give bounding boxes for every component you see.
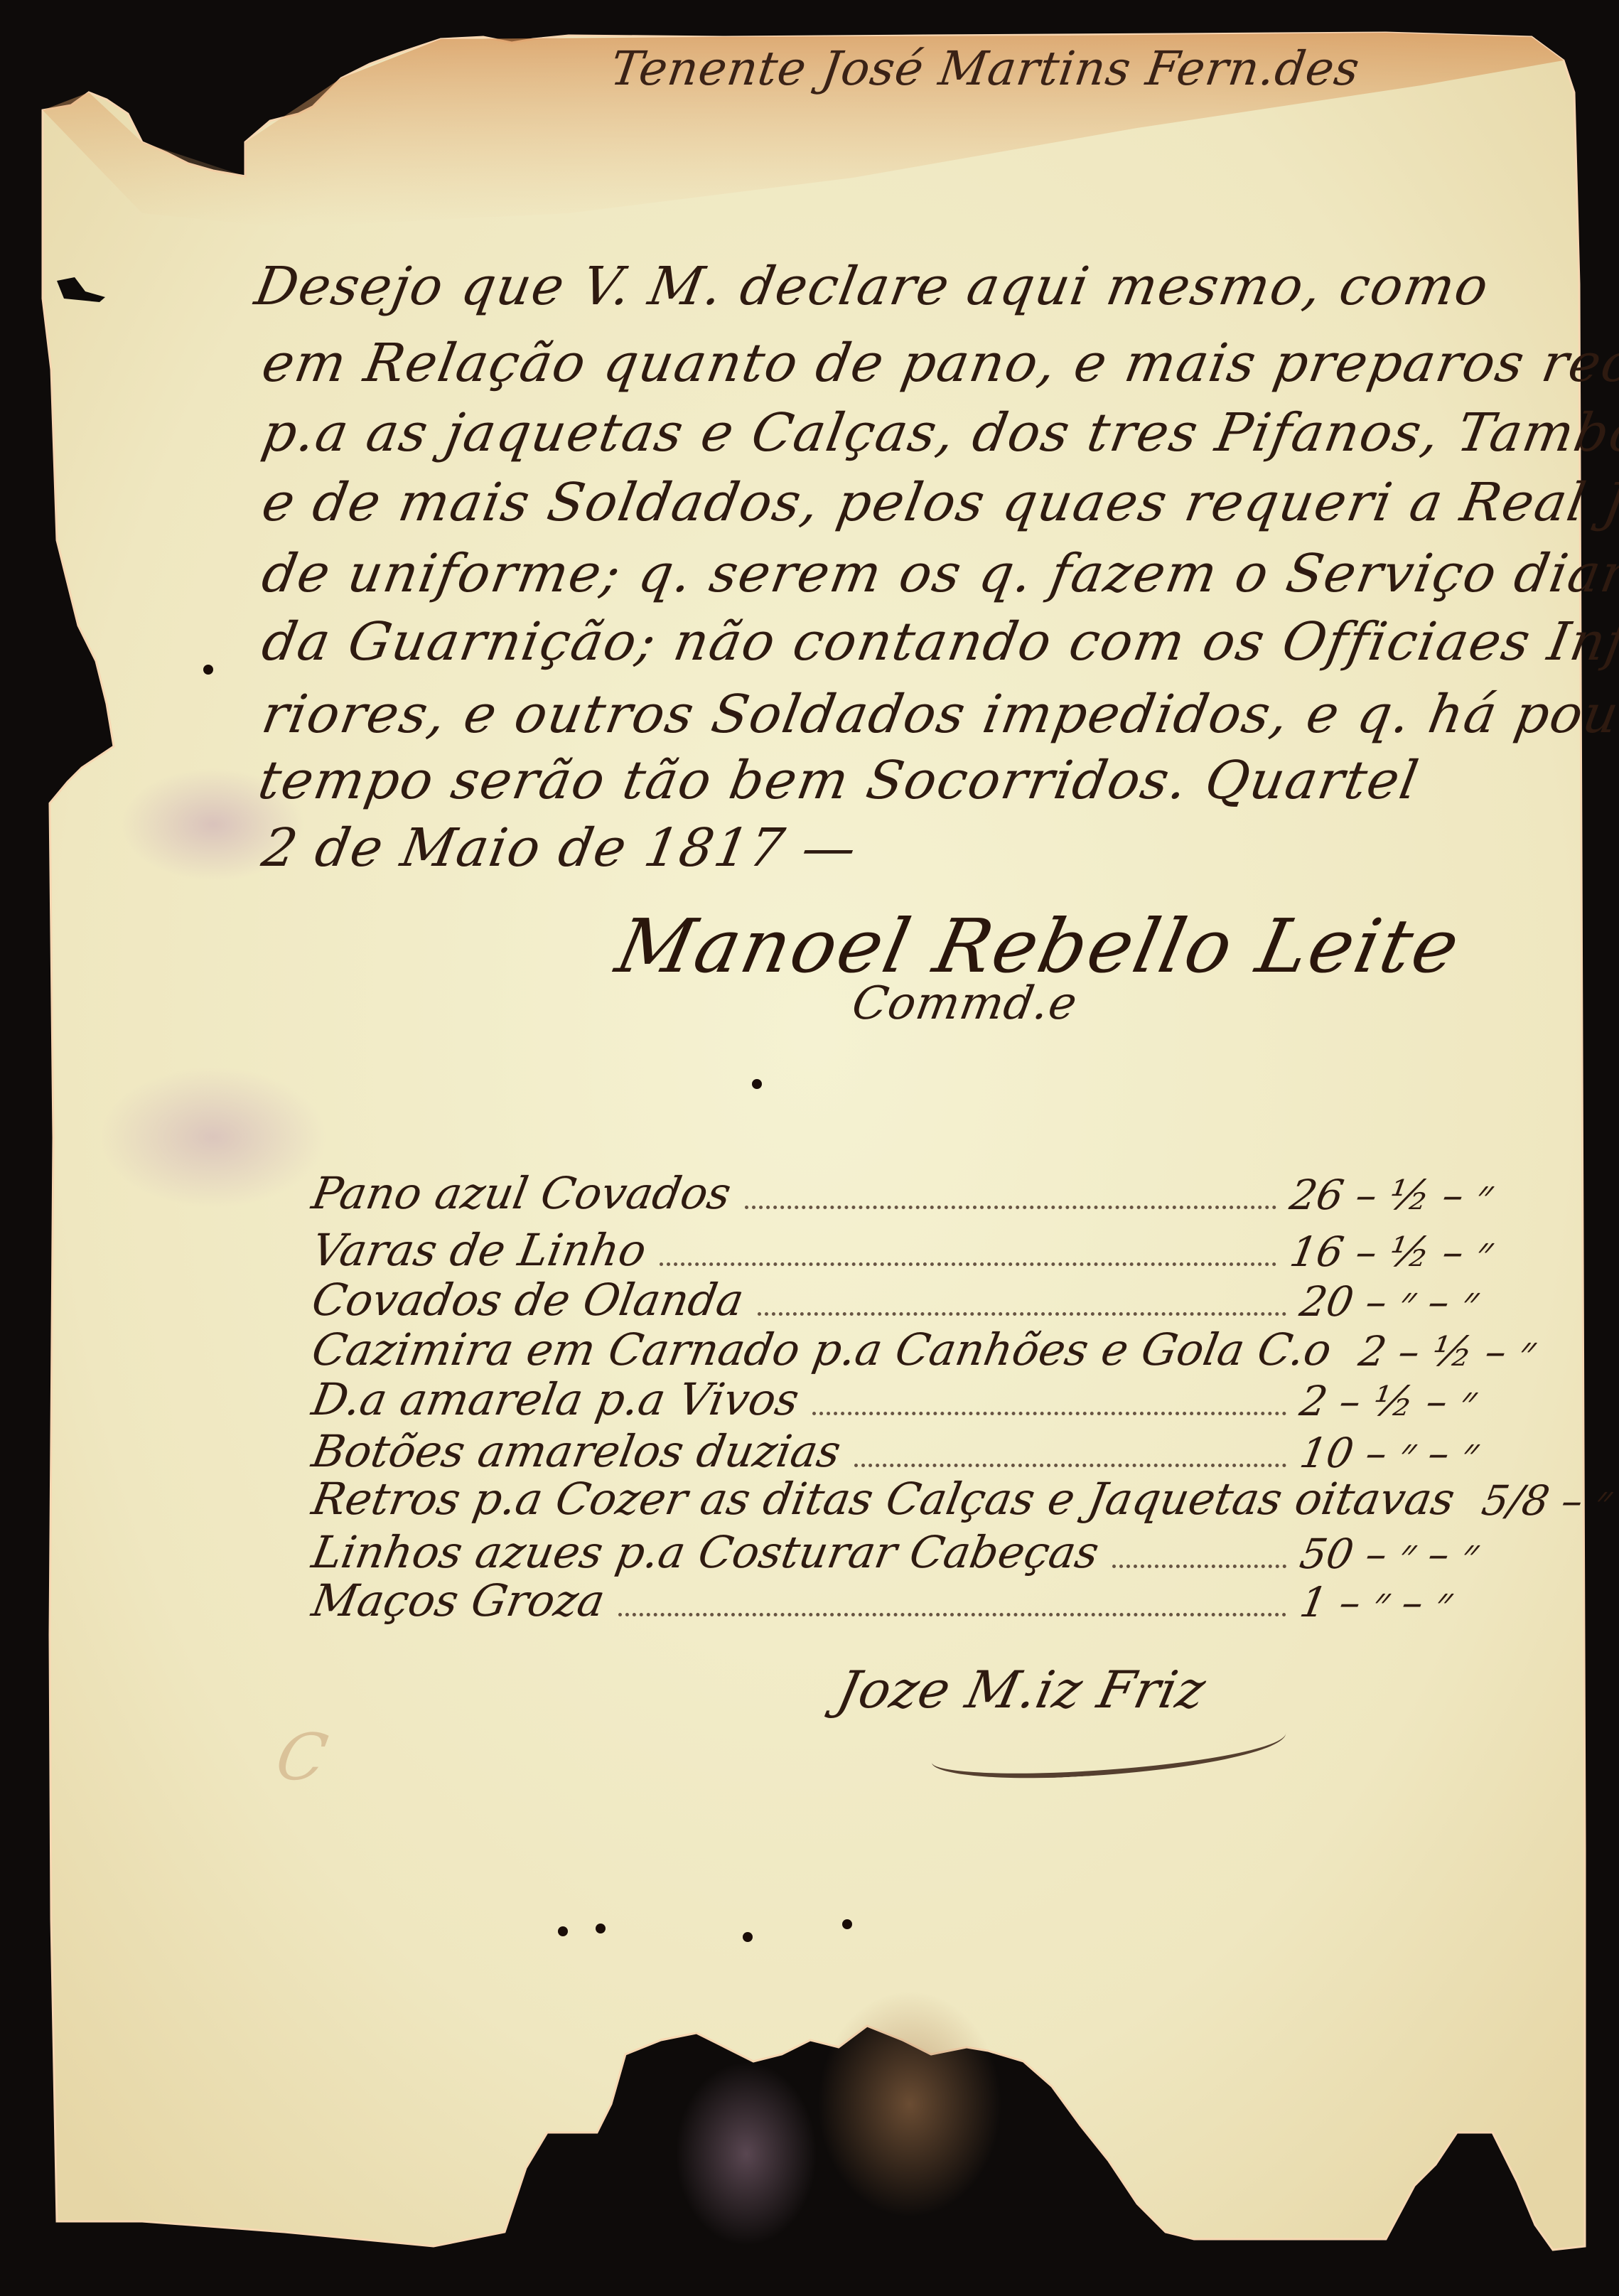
dotted-leader bbox=[745, 1206, 1277, 1209]
body-line: tempo serão tão bem Socorridos. Quartel bbox=[254, 750, 1424, 811]
list-item: Varas de Linho 16 – ½ – ״ bbox=[313, 1233, 1492, 1276]
item-label: Botões amarelos duzias bbox=[308, 1425, 845, 1477]
signature-second: Joze M.iz Friz bbox=[832, 1660, 1211, 1720]
item-label: Maços Groza bbox=[308, 1575, 609, 1626]
list-item: Maços Groza 1 – ״ – ״ bbox=[313, 1584, 1492, 1626]
document-header: Tenente José Martins Fern.des bbox=[608, 41, 1363, 96]
item-quantity: 16 – ½ – ״ bbox=[1286, 1228, 1497, 1276]
list-item: Retros p.a Cozer as ditas Calças e Jaque… bbox=[313, 1482, 1492, 1525]
list-item: Covados de Olanda 20 – ״ – ״ bbox=[313, 1283, 1492, 1326]
ink-dot bbox=[842, 1919, 852, 1929]
dotted-leader bbox=[758, 1312, 1286, 1316]
list-item: D.a amarela p.a Vivos 2 – ½ – ״ bbox=[313, 1383, 1492, 1425]
body-line: de uniforme; q. serem os q. fazem o Serv… bbox=[257, 543, 1619, 604]
item-label: Pano azul Covados bbox=[308, 1167, 735, 1219]
item-label: Varas de Linho bbox=[308, 1224, 650, 1276]
body-line: em Relação quanto de pano, e mais prepar… bbox=[257, 333, 1619, 394]
item-label: Retros p.a Cozer as ditas Calças e Jaque… bbox=[308, 1473, 1459, 1525]
item-quantity: 10 – ״ – ״ bbox=[1296, 1429, 1497, 1477]
body-line: riores, e outros Soldados impedidos, e q… bbox=[257, 684, 1619, 745]
item-quantity: 1 – ״ – ״ bbox=[1296, 1578, 1497, 1626]
dotted-leader bbox=[854, 1464, 1286, 1467]
dotted-leader bbox=[660, 1262, 1276, 1266]
dotted-leader bbox=[812, 1412, 1286, 1415]
body-line: p.a as jaquetas e Calças, dos tres Pifan… bbox=[257, 402, 1619, 463]
list-item: Cazimira em Carnado p.a Canhões e Gola C… bbox=[313, 1333, 1492, 1375]
body-line: 2 de Maio de 1817 — bbox=[257, 817, 862, 879]
document-page: Tenente José Martins Fern.des Desejo que… bbox=[0, 0, 1619, 2296]
item-label: D.a amarela p.a Vivos bbox=[308, 1373, 803, 1425]
signature-commander: Manoel Rebello Leite bbox=[609, 903, 1468, 989]
body-line: Desejo que V. M. declare aqui mesmo, com… bbox=[250, 256, 1494, 317]
list-item: Linhos azues p.a Costurar Cabeças 50 – ״… bbox=[313, 1535, 1492, 1578]
body-line: e de mais Soldados, pelos quaes requeri … bbox=[257, 472, 1619, 533]
item-label: Cazimira em Carnado p.a Canhões e Gola C… bbox=[308, 1324, 1335, 1375]
item-label: Covados de Olanda bbox=[308, 1274, 748, 1326]
item-quantity: 26 – ½ – ״ bbox=[1286, 1171, 1497, 1219]
ink-dot bbox=[558, 1926, 568, 1936]
item-quantity: 5/8 – ״ – ״ bbox=[1478, 1476, 1619, 1525]
ink-dot bbox=[743, 1932, 753, 1942]
item-quantity: 20 – ״ – ״ bbox=[1296, 1277, 1497, 1326]
dotted-leader bbox=[618, 1613, 1286, 1616]
dotted-leader bbox=[1112, 1565, 1286, 1568]
ink-dot bbox=[752, 1079, 762, 1089]
list-item: Botões amarelos duzias 10 – ״ – ״ bbox=[313, 1434, 1492, 1477]
item-quantity: 2 – ½ – ״ bbox=[1296, 1377, 1497, 1425]
item-quantity: 50 – ״ – ״ bbox=[1296, 1530, 1497, 1578]
ink-dot bbox=[596, 1924, 606, 1933]
body-line: da Guarnição; não contando com os Offici… bbox=[257, 611, 1619, 672]
signature-title: Commd.e bbox=[848, 977, 1081, 1030]
ink-dot bbox=[203, 665, 213, 675]
item-quantity: 2 – ½ – ״ bbox=[1355, 1327, 1556, 1375]
list-item: Pano azul Covados 26 – ½ – ״ bbox=[313, 1176, 1492, 1219]
item-label: Linhos azues p.a Costurar Cabeças bbox=[308, 1526, 1103, 1578]
